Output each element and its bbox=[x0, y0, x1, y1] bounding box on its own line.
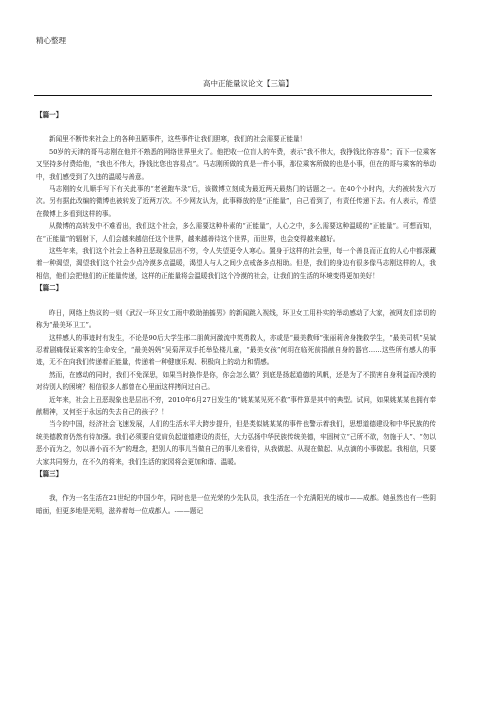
section-1: 【篇一】 新闻里不断传来社会上的各种丑陋事件，这些事件让我们胆寒，我们的社会需要… bbox=[36, 109, 436, 282]
paragraph: 昨日，网络上热议的一则《武汉一环卫女工雨中救助抽搐男》的新闻跳入视线，环卫女工用… bbox=[36, 307, 436, 332]
paragraph: 50岁的天津的哥马志刚在他并不熟悉的网络世界里火了。他把收一位盲人的车费，表示“… bbox=[36, 146, 436, 183]
paragraph: 当今的中国，经济社会飞速发展，人们的生活水平大跨步提升，但是类似姚某某的事件也警… bbox=[36, 418, 436, 468]
section-heading: 【篇二】 bbox=[36, 282, 436, 294]
paragraph: 然而，在感动的同时，我们不免深思，如果当时换作是你，你会怎么做？到底是扬起道德的… bbox=[36, 369, 436, 394]
header-note: 精心整理 bbox=[36, 35, 66, 46]
paragraph: 马志刚的女儿顺手写下有关此事的“老爸跑车录”后，该微博立刻成为最近两天最热门的话… bbox=[36, 183, 436, 220]
section-2: 【篇二】 昨日，网络上热议的一则《武汉一环卫女工雨中救助抽搐男》的新闻跳入视线，… bbox=[36, 282, 436, 468]
document-body: 【篇一】 新闻里不断传来社会上的各种丑陋事件，这些事件让我们胆寒，我们的社会需要… bbox=[36, 109, 436, 517]
paragraph: 从微博的高转发中不难看出，我们这个社会，多么需要这种朴素的“正能量”，人心之中，… bbox=[36, 220, 436, 245]
title-divider bbox=[34, 95, 432, 96]
section-heading: 【篇三】 bbox=[36, 468, 436, 480]
page-title: 高中正能量议论文【三篇】 bbox=[0, 78, 496, 89]
paragraph: 近年来，社会上丑恶现象也是层出不穷，2010年6月27日发生的“姚某某见死不救”… bbox=[36, 394, 436, 419]
section-heading: 【篇一】 bbox=[36, 109, 436, 121]
paragraph: 新闻里不断传来社会上的各种丑陋事件，这些事件让我们胆寒，我们的社会需要正能量！ bbox=[36, 133, 436, 145]
paragraph: 这样感人的事迹时有发生，不论是90后大学生邢二朋黄河激流中英勇救人，亦或是“最美… bbox=[36, 332, 436, 369]
section-3: 【篇三】 我，作为一名生活在21世纪的中国少年，同时也是一位光荣的少先队员，我生… bbox=[36, 468, 436, 517]
paragraph: 这些年来，我们这个社会上各种丑恶现象层出不穷，令人失望更令人寒心。置身于这样的社… bbox=[36, 245, 436, 282]
paragraph: 我，作为一名生活在21世纪的中国少年，同时也是一位光荣的少先队员，我生活在一个充… bbox=[36, 492, 436, 517]
